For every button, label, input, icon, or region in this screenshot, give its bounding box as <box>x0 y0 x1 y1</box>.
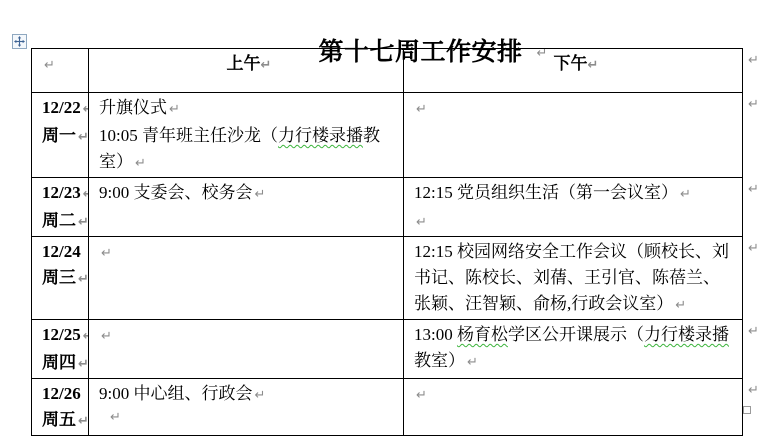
afternoon-cell[interactable]: ↵ <box>404 379 743 436</box>
paragraph-mark-icon: ↵ <box>416 388 427 403</box>
paragraph-mark-icon: ↵ <box>254 187 265 202</box>
text-segment: 教 <box>363 126 380 145</box>
day-cell[interactable]: 12/25↵周四↵ <box>32 320 89 379</box>
text-segment: 12:15 党员组织生活（第一会议室） <box>414 183 678 202</box>
text-segment: 12:15 校园网络安全工作会议（顾校长、刘 <box>414 242 729 261</box>
text-line: ↵ <box>414 208 738 236</box>
table-resize-handle[interactable] <box>743 406 751 414</box>
paragraph-mark-icon: ↵ <box>169 102 180 117</box>
paragraph-mark-icon: ↵ <box>83 329 89 344</box>
paragraph-mark-icon: ↵ <box>254 388 265 403</box>
text-line: 周三↵ <box>42 265 84 293</box>
day-cell[interactable]: 12/24周三↵ <box>32 237 89 320</box>
morning-cell[interactable]: ↵ <box>89 320 404 379</box>
paragraph-mark-icon: ↵ <box>416 215 427 230</box>
row-end-mark-icon: ↵ <box>748 324 759 339</box>
text-segment: 学区公开课展示（ <box>508 325 644 344</box>
text-line: 12:15 校园网络安全工作会议（顾校长、刘 <box>414 239 738 265</box>
text-line: ↵ <box>99 322 399 350</box>
text-segment: 9:00 中心组、行政会 <box>99 384 252 403</box>
day-cell[interactable]: 12/26周五↵ <box>32 379 89 436</box>
paragraph-mark-icon: ↵ <box>467 355 478 370</box>
text-line: ↵ <box>414 95 738 123</box>
text-line: 12/26 <box>42 381 84 407</box>
text-line: 13:00 杨育松学区公开课展示（力行楼录播 <box>414 322 738 348</box>
text-segment: 周五 <box>42 410 76 429</box>
paragraph-mark-icon: ↵ <box>78 130 89 145</box>
paragraph-mark-icon: ↵ <box>78 414 89 429</box>
text-segment: 13:00 <box>414 325 457 344</box>
text-line: 12:15 党员组织生活（第一会议室）↵ <box>414 180 738 208</box>
text-line: 升旗仪式↵ <box>99 95 399 123</box>
text-line: 室）↵ <box>99 149 399 177</box>
text-segment: 12/25 <box>42 325 81 344</box>
text-line: 周一↵ <box>42 123 84 151</box>
row-end-mark-icon: ↵ <box>748 97 759 112</box>
text-line: 12/23↵ <box>42 180 84 208</box>
table-row: 12/25↵周四↵↵13:00 杨育松学区公开课展示（力行楼录播教室）↵ <box>32 320 743 379</box>
text-line: 12/22↵ <box>42 95 84 123</box>
text-segment: 升旗仪式 <box>99 98 167 117</box>
text-segment: 12/26 <box>42 384 81 403</box>
row-end-mark-icon: ↵ <box>748 383 759 398</box>
afternoon-cell[interactable]: ↵ <box>404 93 743 178</box>
afternoon-cell[interactable]: 13:00 杨育松学区公开课展示（力行楼录播教室）↵ <box>404 320 743 379</box>
text-line: 教室）↵ <box>414 348 738 376</box>
text-line: 12/25↵ <box>42 322 84 350</box>
table-row: 12/22↵周一↵升旗仪式↵10:05 青年班主任沙龙（力行楼录播教室）↵↵ <box>32 93 743 178</box>
paragraph-mark-icon: ↵ <box>135 156 146 171</box>
header-afternoon-label: 下午 <box>554 54 588 73</box>
morning-cell[interactable]: 9:00 支委会、校务会↵ <box>89 178 404 237</box>
paragraph-mark-icon: ↵ <box>675 298 686 313</box>
afternoon-cell[interactable]: 12:15 党员组织生活（第一会议室）↵↵ <box>404 178 743 237</box>
text-line: 周二↵ <box>42 208 84 236</box>
text-line: 周四↵ <box>42 350 84 378</box>
text-line: 张颖、汪智颖、俞杨,行政会议室）↵ <box>414 291 738 319</box>
paragraph-mark-icon: ↵ <box>110 410 121 425</box>
paragraph-mark-icon: ↵ <box>680 187 691 202</box>
text-line: 9:00 支委会、校务会↵ <box>99 180 399 208</box>
day-cell[interactable]: 12/23↵周二↵ <box>32 178 89 237</box>
header-morning-label: 上午 <box>227 54 261 73</box>
morning-cell[interactable]: 升旗仪式↵10:05 青年班主任沙龙（力行楼录播教室）↵ <box>89 93 404 178</box>
text-line: 9:00 中心组、行政会↵ <box>99 381 399 409</box>
text-line: 12/24 <box>42 239 84 265</box>
text-segment: 10:05 青年班主任沙龙（ <box>99 126 278 145</box>
paragraph-mark-icon: ↵ <box>588 58 599 73</box>
table-move-handle[interactable] <box>12 34 27 49</box>
table-row: 12/23↵周二↵9:00 支委会、校务会↵12:15 党员组织生活（第一会议室… <box>32 178 743 237</box>
text-line: ↵ <box>99 239 399 267</box>
row-end-mark-icon: ↵ <box>748 241 759 256</box>
text-segment: 周二 <box>42 211 76 230</box>
header-morning-cell[interactable]: 上午↵ <box>89 49 404 93</box>
table-header-row: ↵ 上午↵ 下午↵ <box>32 49 743 93</box>
table-row: 12/24周三↵↵12:15 校园网络安全工作会议（顾校长、刘书记、陈校长、刘蒨… <box>32 237 743 320</box>
text-segment: 张颖、汪智颖、俞杨,行政会议室） <box>414 294 673 313</box>
paragraph-mark-icon: ↵ <box>101 246 112 261</box>
row-end-mark-icon: ↵ <box>748 182 759 197</box>
text-segment: 书记、陈校长、刘蒨、王引官、陈蓓兰、 <box>414 268 720 287</box>
text-segment: 周四 <box>42 353 76 372</box>
misspelling-text: 力行楼录播 <box>278 126 363 145</box>
paragraph-mark-icon: ↵ <box>44 58 55 73</box>
paragraph-mark-icon: ↵ <box>78 272 89 287</box>
text-segment: 12/23 <box>42 183 81 202</box>
text-segment: 教室） <box>414 351 465 370</box>
text-segment: 周一 <box>42 126 76 145</box>
text-segment: 9:00 支委会、校务会 <box>99 183 252 202</box>
header-afternoon-cell[interactable]: 下午↵ <box>404 49 743 93</box>
misspelling-text: 杨育松 <box>457 325 508 344</box>
paragraph-mark-icon: ↵ <box>261 58 272 73</box>
table-row: 12/26周五↵9:00 中心组、行政会↵↵ <box>32 379 743 436</box>
paragraph-mark-icon: ↵ <box>101 329 112 344</box>
document-page: 第十七周工作安排↵ ↵ 上午↵ <box>0 0 778 439</box>
morning-cell[interactable]: 9:00 中心组、行政会↵ <box>89 379 404 436</box>
afternoon-cell[interactable]: 12:15 校园网络安全工作会议（顾校长、刘书记、陈校长、刘蒨、王引官、陈蓓兰、… <box>404 237 743 320</box>
move-icon <box>14 36 25 47</box>
text-segment: 12/22 <box>42 98 81 117</box>
text-segment: 室） <box>99 152 133 171</box>
text-line: 10:05 青年班主任沙龙（力行楼录播教 <box>99 123 399 149</box>
row-end-mark-icon: ↵ <box>748 53 759 68</box>
text-line: 周五↵ <box>42 407 84 435</box>
text-segment: 12/24 <box>42 242 81 261</box>
day-cell[interactable]: 12/22↵周一↵ <box>32 93 89 178</box>
paragraph-mark-icon: ↵ <box>83 102 89 117</box>
paragraph-mark-icon: ↵ <box>83 187 89 202</box>
text-line: ↵ <box>414 381 738 409</box>
text-line: ↵ <box>42 51 84 79</box>
misspelling-text: 力行楼录播 <box>644 325 729 344</box>
paragraph-mark-icon: ↵ <box>78 357 89 372</box>
schedule-table: ↵ 上午↵ 下午↵ 12/22↵周一↵升旗仪式↵10:05 青年班主任沙龙（力行… <box>31 48 743 436</box>
paragraph-mark-icon: ↵ <box>78 215 89 230</box>
header-day-cell[interactable]: ↵ <box>32 49 89 93</box>
text-segment: 周三 <box>42 268 76 287</box>
paragraph-mark-icon: ↵ <box>416 102 427 117</box>
text-line: 书记、陈校长、刘蒨、王引官、陈蓓兰、 <box>414 265 738 291</box>
morning-cell[interactable]: ↵ <box>89 237 404 320</box>
